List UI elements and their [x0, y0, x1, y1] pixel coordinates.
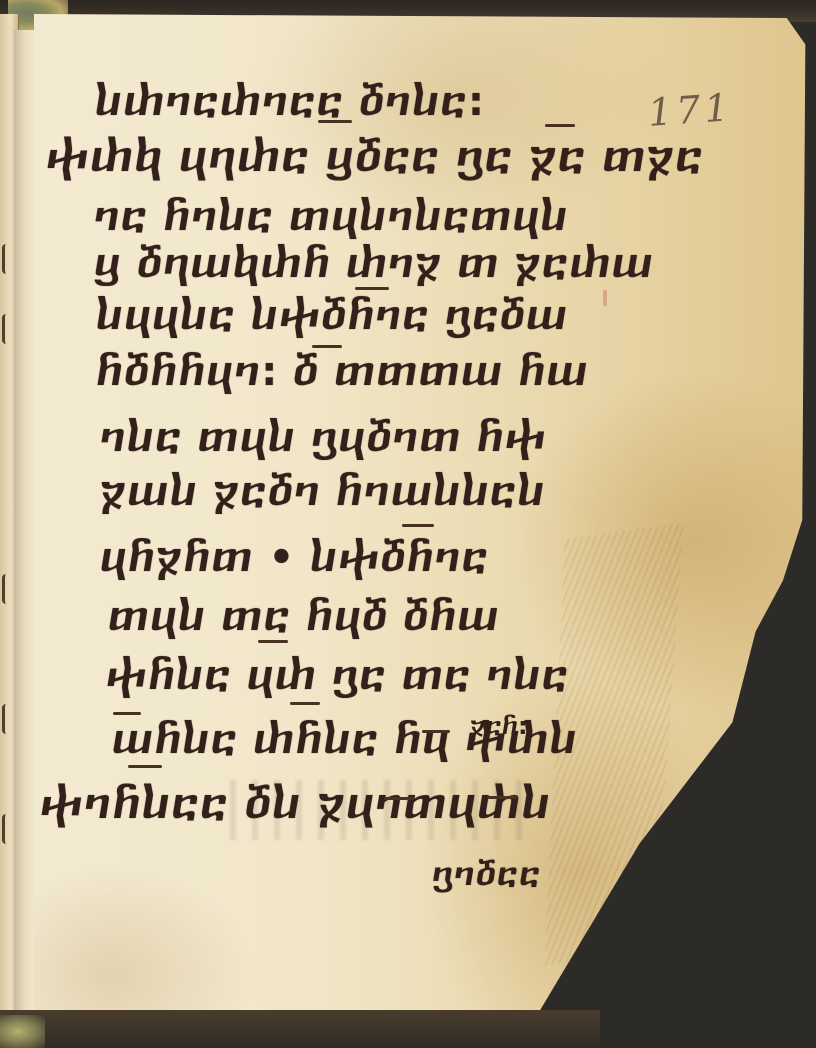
- titlo-mark: [290, 702, 320, 705]
- titlo-mark: [422, 730, 450, 733]
- titlo-mark: [545, 124, 575, 127]
- titlo-mark: [402, 524, 434, 527]
- text-line-6: ⴌⴃⴌⴌⴗⴈ: ⴃ ⴇⴇⴇⴍ ⴌⴍ: [96, 348, 589, 396]
- text-line-13: ⴕⴈⴌⴑⴀⴀ ⴃⴑ ⴟⴗⴈⴇⴗⴐⴑ: [40, 780, 551, 828]
- text-line-4: ⴁ ⴃⴄⴍⴉⴐⴌ ⴐⴈⴟ ⴇ ⴟⴀⴐⴍ: [94, 240, 654, 288]
- text-line-8: ⴟⴍⴑ ⴟⴀⴃⴈ ⴌⴈⴍⴑⴑⴀⴑ: [100, 468, 546, 516]
- text-line-2: ⴕⴐⴉ ⴗⴄⴐⴀ ⴁⴃⴀⴀ ⴂⴀ ⴟⴀ ⴇⴟⴀ: [46, 133, 704, 181]
- text-line-14: ⴂⴈⴃⴀⴀ: [432, 850, 541, 898]
- titlo-mark: [258, 640, 288, 643]
- titlo-mark: [312, 345, 342, 348]
- red-ink-mark: [603, 290, 607, 306]
- text-line-3: ⴈⴀ ⴌⴈⴑⴀ ⴇⴗⴑⴈⴑⴀⴇⴗⴑ: [94, 193, 569, 241]
- titlo-mark: [384, 797, 414, 800]
- titlo-mark: [113, 712, 141, 715]
- binding-thread-bottom: [0, 1015, 45, 1048]
- binding-bottom: [0, 1010, 600, 1048]
- folio-number: 171: [647, 85, 734, 135]
- text-line-7: ⴈⴑⴀ ⴇⴗⴑ ⴂⴗⴃⴈⴇ ⴌⴕ: [100, 414, 547, 462]
- titlo-mark: [487, 796, 517, 799]
- text-line-11: ⴕⴌⴑⴀ ⴗⴐ ⴂⴀ ⴇⴀ ⴈⴑⴀ: [106, 652, 569, 700]
- text-line-10: ⴇⴗⴑ ⴇⴀ ⴌⴗⴃ ⴃⴌⴍ: [108, 593, 500, 641]
- text-line-5: ⴑⴗⴗⴑⴀ ⴑⴕⴃⴌⴈⴀ ⴂⴀⴃⴍ: [96, 292, 568, 340]
- text-line-12: ⴍⴌⴑⴀ ⴐⴌⴑⴀ ⴌⴗ ⴕⴐⴑ: [112, 716, 578, 764]
- text-line-9: ⴗⴌⴟⴌⴇ • ⴑⴕⴃⴌⴈⴀ: [100, 534, 489, 582]
- titlo-mark: [128, 765, 162, 768]
- titlo-mark: [318, 120, 352, 123]
- titlo-mark: [355, 287, 389, 290]
- text-line-1: ⴑⴐⴈⴀⴐⴈⴀⴀ ⴃⴈⴑⴀ:: [95, 78, 485, 126]
